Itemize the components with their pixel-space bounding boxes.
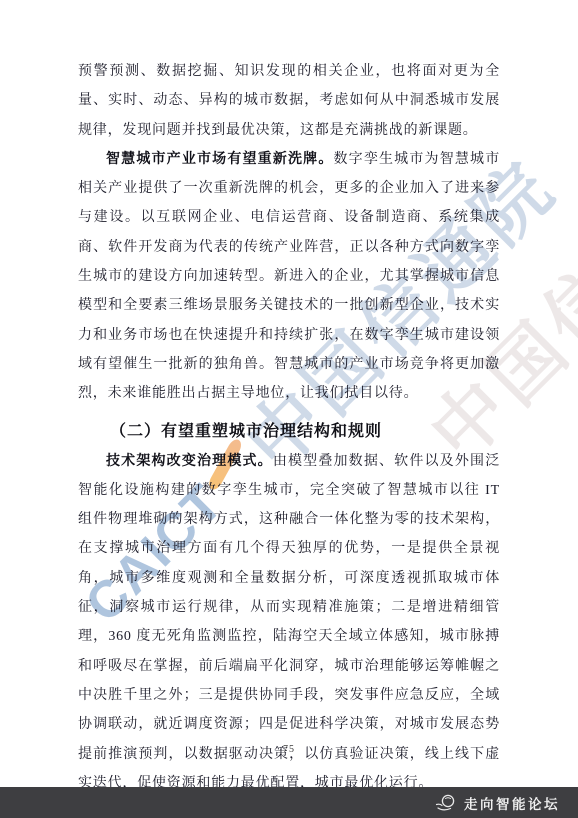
body-paragraph: 智慧城市产业市场有望重新洗牌。数字孪生城市为智慧城市相关产业提供了一次重新洗牌的…	[78, 145, 500, 409]
body-paragraph: 预警预测、数据挖掘、知识发现的相关企业，也将面对更为全量、实时、动态、异构的城市…	[78, 57, 500, 145]
paragraph-text: 数字孪生城市为智慧城市相关产业提供了一次重新洗牌的机会，更多的企业加入了进来参与…	[78, 152, 500, 401]
paragraph-bold-lead: 智慧城市产业市场有望重新洗牌。	[106, 152, 334, 167]
document-body: 预警预测、数据挖掘、知识发现的相关企业，也将面对更为全量、实时、动态、异构的城市…	[78, 57, 500, 798]
forum-logo-icon	[435, 793, 457, 813]
paragraph-text: 由模型叠加数据、软件以及外围泛智能化设施构建的数字孪生城市，完全突破了智慧城市以…	[78, 454, 500, 791]
footer-bar: 走向智能论坛	[0, 787, 578, 818]
section-heading: （二）有望重塑城市治理结构和规则	[78, 417, 500, 447]
paragraph-bold-lead: 技术架构改变治理模式。	[106, 454, 273, 469]
paragraph-text: 预警预测、数据挖掘、知识发现的相关企业，也将面对更为全量、实时、动态、异构的城市…	[78, 64, 500, 138]
forum-logo-text: 走向智能论坛	[464, 793, 560, 813]
forum-logo: 走向智能论坛	[435, 793, 560, 813]
document-page: CAICT 中国信通院 中国信通院 预警预测、数据挖掘、知识发现的相关企业，也将…	[0, 0, 578, 818]
page-number: 75	[0, 744, 578, 755]
